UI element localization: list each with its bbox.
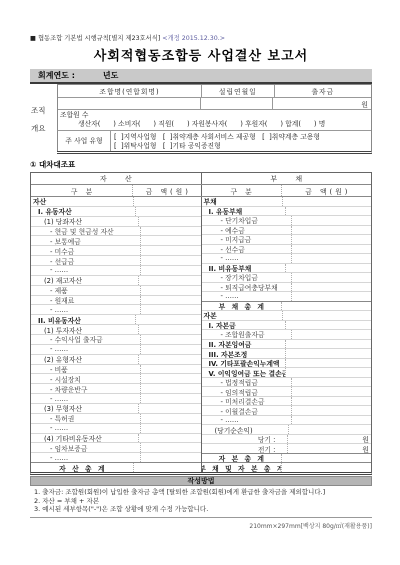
balance-sheet-row: - 현금 및 현금성 자산 — [31, 226, 201, 236]
balance-sheet-row: - 조합원출자금 — [202, 329, 372, 339]
row-amount-cell — [291, 378, 371, 387]
row-label: - 시설장치 — [31, 374, 140, 383]
row-label: I. 자본금 — [202, 321, 285, 330]
balance-sheet-row: - …… — [31, 452, 201, 462]
row-amount-cell — [281, 463, 371, 472]
row-amount-cell — [285, 349, 371, 358]
row-label: - 미수금 — [31, 246, 140, 255]
balance-sheet-row: - 비품 — [31, 364, 201, 374]
liabilities-group-header: 부 채 — [201, 173, 372, 184]
row-label: (1) 투자자산 — [31, 325, 138, 334]
balance-sheet-row: (2) 유형자산 — [31, 354, 201, 364]
instruction-note: 3. 예시된 세부항목("-")은 조합 상황에 맞게 수정 가능합니다. — [34, 505, 372, 514]
balance-sheet-row: 부 채 총 계 — [202, 301, 372, 311]
capital-unit: 원 — [273, 98, 371, 110]
business-type-options: [ ]지역사업형 [ ]취약계층 사회서비스 제공형 [ ]취약계층 고용형 [… — [111, 131, 371, 151]
row-label: 자산 — [31, 197, 133, 206]
row-amount-cell — [291, 387, 371, 396]
row-amount-cell — [291, 292, 371, 301]
balance-sheet-row: (2) 재고자산 — [31, 275, 201, 285]
row-label: - 비품 — [31, 365, 140, 374]
founding-date-field — [201, 98, 273, 110]
row-label: - 예수금 — [202, 226, 292, 235]
report-document: ■ 협동조합 기본법 시행규칙[별지 제23호서식] <개정 2015.12.3… — [0, 0, 400, 565]
balance-sheet-row: - …… — [202, 291, 372, 301]
row-label: - …… — [202, 416, 292, 425]
row-amount-cell — [140, 246, 200, 255]
row-label: - 선급금 — [31, 256, 140, 265]
row-label: - …… — [31, 394, 140, 403]
row-label: - 현금 및 현금성 자산 — [31, 227, 140, 236]
balance-sheet-row: 전기 :원 — [202, 443, 372, 453]
balance-sheet-row: - 수익사업 출자금 — [31, 334, 201, 344]
row-label: - 미지급금 — [202, 235, 292, 244]
balance-sheet-row: 당기 :원 — [202, 434, 372, 444]
balance-sheet-row: 부채 — [202, 197, 372, 206]
row-label: (2) 재고자산 — [31, 276, 138, 285]
assets-category-header: 구 분 — [31, 185, 132, 196]
row-label: - 수익사업 출자금 — [31, 335, 140, 344]
balance-sheet-row: - 임의적립금 — [202, 386, 372, 396]
balance-sheet-row: - 미처리결손금 — [202, 396, 372, 406]
row-label: - 제품 — [31, 286, 140, 295]
row-amount-cell — [140, 286, 200, 295]
row-label: IV. 기타포괄손익누계액 — [202, 359, 285, 368]
fiscal-year-value: 년도 — [103, 70, 118, 81]
row-amount-cell — [291, 416, 371, 425]
row-label: I. 유동자산 — [31, 207, 135, 216]
balance-sheet-row: - …… — [31, 304, 201, 314]
row-label: V. 이익잉여금 또는 결손금 — [202, 368, 285, 377]
org-overview-section: 조직 개요 조합명(연합회명) 설립연월일 출자금 원 조합원 수 생산자( )… — [30, 84, 372, 154]
balance-sheet-group-header: 자 산 부 채 — [31, 173, 371, 185]
balance-sheet-row: - 장기차입금 — [202, 272, 372, 282]
row-amount-cell — [140, 394, 200, 403]
balance-sheet-row: (1) 당좌자산 — [31, 216, 201, 226]
coop-name-header: 조합명(연합회명) — [58, 85, 202, 98]
org-value-row: 원 — [57, 98, 371, 110]
assets-column: 자산I. 유동자산(1) 당좌자산- 현금 및 현금성 자산- 보통예금- 미수… — [31, 197, 201, 472]
row-amount-cell — [140, 384, 200, 393]
balance-sheet-row: III. 자본조정 — [202, 348, 372, 358]
business-type-label: 주 사업 유형 — [58, 131, 111, 151]
balance-sheet-table: 자 산 부 채 구 분 금 액(원) 구 분 금 액(원) 자산I. 유동자산(… — [30, 172, 372, 475]
balance-sheet-row: I. 자본금 — [202, 320, 372, 330]
row-label: - 미처리결손금 — [202, 397, 292, 406]
liabilities-equity-column: 부채I. 유동부채- 단기차입금- 예수금- 미지급금- 선수금- ……II. … — [201, 197, 372, 472]
balance-sheet-row: II. 비유동부채 — [202, 263, 372, 273]
row-label: - 임의적립금 — [202, 387, 292, 396]
row-label: - 원재료 — [31, 296, 140, 305]
balance-sheet-body: 자산I. 유동자산(1) 당좌자산- 현금 및 현금성 자산- 보통예금- 미수… — [31, 197, 371, 472]
regulation-note: ■ 협동조합 기본법 시행규칙[별지 제23호서식] <개정 2015.12.3… — [30, 33, 372, 42]
row-label: - 법정적립금 — [202, 378, 292, 387]
balance-sheet-row: - 미수금 — [31, 245, 201, 255]
balance-sheet-row: 부 채 및 자 본 총 계 — [202, 462, 372, 472]
balance-sheet-row: 자산 — [31, 197, 201, 206]
row-amount-cell — [285, 340, 371, 349]
row-amount-cell — [140, 424, 200, 433]
liabilities-amount-header: 금 액(원) — [281, 185, 371, 196]
founding-date-header: 설립연월일 — [202, 85, 275, 98]
balance-sheet-row: - 임차보증금 — [31, 442, 201, 452]
row-label: - 퇴직급여충당부채 — [202, 283, 292, 292]
row-label: 부 채 총 계 — [202, 302, 282, 311]
balance-sheet-row: - 이월결손금 — [202, 405, 372, 415]
row-label: (당기순손익) — [202, 425, 288, 434]
regulation-text: ■ 협동조합 기본법 시행규칙[별지 제23호서식] — [30, 33, 160, 42]
org-header-row: 조합명(연합회명) 설립연월일 출자금 — [57, 84, 371, 98]
row-label: 부 채 및 자 본 총 계 — [202, 463, 282, 472]
row-label: - 차량운반구 — [31, 384, 140, 393]
balance-sheet-row: II. 비유동자산 — [31, 314, 201, 324]
row-label: - …… — [202, 292, 292, 301]
balance-sheet-row: - 단기차입금 — [202, 215, 372, 225]
row-label: - …… — [31, 453, 140, 462]
row-amount-cell — [282, 311, 371, 320]
row-amount-cell — [285, 321, 371, 330]
revision-note: <개정 2015.12.30.> — [162, 33, 225, 42]
balance-sheet-row: - 차량운반구 — [31, 383, 201, 393]
row-label: - …… — [31, 345, 140, 354]
paper-spec-footer: 210mm×297mm[백상지 80g/㎡(재활용품)] — [30, 521, 372, 530]
row-amount-cell — [281, 454, 371, 463]
row-amount-cell — [285, 264, 371, 273]
balance-sheet-row: - 원재료 — [31, 295, 201, 305]
instruction-note: 1. 출자금: 조합원(회원)이 납입한 출자금 총액 [탈퇴한 조합원(회원)… — [34, 488, 372, 497]
row-label: - 장기차입금 — [202, 273, 292, 282]
row-amount-cell — [133, 463, 201, 472]
row-label: - …… — [31, 305, 140, 314]
row-amount-cell — [140, 374, 200, 383]
member-count-row: 조합원 수 생산자( ) 소비자( ) 직원( ) 자원봉사자( ) 후원자( … — [57, 110, 371, 131]
fiscal-year-label: 회계연도 : — [30, 70, 75, 81]
row-label: - 보통예금 — [31, 236, 140, 245]
row-amount-cell — [291, 397, 371, 406]
balance-sheet-heading: ① 대차대조표 — [30, 159, 372, 170]
row-label: (3) 무형자산 — [31, 404, 138, 413]
balance-sheet-row: - 선급금 — [31, 255, 201, 265]
balance-sheet-row: - …… — [31, 423, 201, 433]
row-amount-cell — [140, 266, 200, 275]
org-side-line1: 조직 — [31, 105, 46, 116]
instruction-note: 2. 자산 = 부채 + 자본 — [34, 497, 372, 506]
business-type-options-line2: [ ]위탁사업형 [ ]기타 공익증진형 — [114, 142, 368, 151]
balance-sheet-row: - …… — [31, 393, 201, 403]
balance-sheet-row: - 법정적립금 — [202, 377, 372, 387]
row-amount-cell — [291, 216, 371, 225]
business-type-row: 주 사업 유형 [ ]지역사업형 [ ]취약계층 사회서비스 제공형 [ ]취약… — [57, 131, 371, 151]
balance-sheet-row: - 퇴직급여충당부채 — [202, 282, 372, 292]
balance-sheet-row: - …… — [31, 344, 201, 354]
balance-sheet-row: (3) 무형자산 — [31, 403, 201, 413]
balance-sheet-row: - …… — [31, 265, 201, 275]
balance-sheet-row: - 미지급금 — [202, 234, 372, 244]
balance-sheet-row: - 예수금 — [202, 225, 372, 235]
balance-sheet-row: 자 산 총 계 — [31, 462, 201, 472]
row-label: 당기 : — [202, 435, 288, 444]
balance-sheet-row: - 보통예금 — [31, 235, 201, 245]
row-amount-cell — [135, 207, 200, 216]
capital-header: 출자금 — [275, 85, 371, 98]
row-label: II. 자본잉여금 — [202, 340, 285, 349]
balance-sheet-row: - 특허권 — [31, 413, 201, 423]
member-count-detail: 생산자( ) 소비자( ) 직원( ) 자원봉사자( ) 후원자( ) 합계( … — [60, 120, 369, 129]
row-amount-cell — [138, 355, 201, 364]
row-label: 부채 — [202, 197, 283, 206]
row-label: II. 비유동자산 — [31, 315, 135, 324]
balance-sheet-row: I. 유동자산 — [31, 206, 201, 216]
balance-sheet-column-header: 구 분 금 액(원) 구 분 금 액(원) — [31, 185, 371, 197]
org-overview-table: 조합명(연합회명) 설립연월일 출자금 원 조합원 수 생산자( ) 소비자( … — [57, 84, 372, 154]
row-amount-cell: 원 — [287, 444, 371, 453]
row-label: 전기 : — [202, 444, 288, 453]
business-type-options-line1: [ ]지역사업형 [ ]취약계층 사회서비스 제공형 [ ]취약계층 고용형 — [114, 133, 368, 142]
balance-sheet-row: (당기순손익) — [202, 424, 372, 434]
page-title: 사회적협동조합등 사업결산 보고서 — [30, 45, 372, 64]
balance-sheet-row: (1) 투자자산 — [31, 324, 201, 334]
org-overview-side-label: 조직 개요 — [30, 84, 57, 154]
balance-sheet-row: - …… — [202, 415, 372, 425]
instructions-header: 작성방법 — [30, 476, 372, 486]
row-label: - 특허권 — [31, 414, 140, 423]
balance-sheet-row: 자 본 총 계 — [202, 453, 372, 463]
row-amount-cell — [285, 359, 371, 368]
row-label: - 임차보증금 — [31, 443, 140, 452]
liabilities-category-header: 구 분 — [201, 185, 281, 196]
balance-sheet-row: IV. 기타포괄손익누계액 — [202, 358, 372, 368]
row-amount-cell — [288, 425, 371, 434]
row-label: 자 본 총 계 — [202, 454, 282, 463]
row-amount-cell — [281, 302, 371, 311]
row-label: - 이월결손금 — [202, 406, 292, 415]
row-amount-cell — [140, 335, 200, 344]
row-label: (2) 유형자산 — [31, 355, 138, 364]
row-amount-cell — [291, 245, 371, 254]
row-amount-cell — [140, 345, 200, 354]
row-amount-cell — [291, 273, 371, 282]
row-amount-cell — [140, 227, 200, 236]
row-amount-cell — [140, 365, 200, 374]
assets-group-header: 자 산 — [31, 173, 201, 184]
row-label: (1) 당좌자산 — [31, 217, 138, 226]
row-amount-cell — [291, 254, 371, 263]
balance-sheet-row: V. 이익잉여금 또는 결손금 — [202, 367, 372, 377]
balance-sheet-row: II. 자본잉여금 — [202, 339, 372, 349]
row-label: II. 비유동부채 — [202, 264, 285, 273]
row-amount-cell — [140, 305, 200, 314]
coop-name-field — [58, 98, 201, 110]
row-label: - …… — [31, 266, 140, 275]
row-amount-cell — [291, 406, 371, 415]
fiscal-year-bar: 회계연도 : 년도 — [30, 69, 372, 84]
row-label: - …… — [31, 424, 140, 433]
row-amount-cell — [285, 368, 371, 377]
instructions-notes: 1. 출자금: 조합원(회원)이 납입한 출자금 총액 [탈퇴한 조합원(회원)… — [30, 486, 372, 518]
org-side-line2: 개요 — [31, 123, 46, 134]
row-amount-cell — [135, 315, 200, 324]
member-count-label: 조합원 수 — [60, 111, 369, 120]
row-amount-cell — [138, 404, 201, 413]
row-amount-cell — [140, 236, 200, 245]
balance-sheet-row: (4) 기타비유동자산 — [31, 433, 201, 443]
row-amount-cell — [140, 414, 200, 423]
balance-sheet-row: - 선수금 — [202, 244, 372, 254]
balance-sheet-row: - 시설장치 — [31, 373, 201, 383]
row-label: I. 유동부채 — [202, 207, 285, 216]
row-amount-cell — [140, 443, 200, 452]
row-label: 자본 — [202, 311, 283, 320]
row-label: - …… — [202, 254, 292, 263]
balance-sheet-row: - …… — [202, 253, 372, 263]
row-amount-cell — [291, 330, 371, 339]
document-content: ■ 협동조합 기본법 시행규칙[별지 제23호서식] <개정 2015.12.3… — [30, 33, 372, 530]
row-amount-cell — [138, 217, 201, 226]
row-amount-cell — [140, 453, 200, 462]
row-label: - 선수금 — [202, 245, 292, 254]
row-label: 자 산 총 계 — [31, 463, 133, 472]
row-amount-cell — [291, 226, 371, 235]
row-label: III. 자본조정 — [202, 349, 285, 358]
row-amount-cell — [140, 256, 200, 265]
row-amount-cell — [282, 197, 371, 206]
row-amount-cell — [291, 235, 371, 244]
balance-sheet-row: - 제품 — [31, 285, 201, 295]
row-amount-cell — [138, 434, 201, 443]
balance-sheet-row: I. 유동부채 — [202, 206, 372, 216]
row-label: - 조합원출자금 — [202, 330, 292, 339]
row-amount-cell: 원 — [287, 435, 371, 444]
assets-amount-header: 금 액(원) — [132, 185, 200, 196]
row-amount-cell — [291, 283, 371, 292]
row-label: - 단기차입금 — [202, 216, 292, 225]
balance-sheet-row: 자본 — [202, 310, 372, 320]
row-label: (4) 기타비유동자산 — [31, 434, 138, 443]
row-amount-cell — [285, 207, 371, 216]
row-amount-cell — [138, 325, 201, 334]
row-amount-cell — [133, 197, 200, 206]
row-amount-cell — [138, 276, 201, 285]
row-amount-cell — [140, 296, 200, 305]
